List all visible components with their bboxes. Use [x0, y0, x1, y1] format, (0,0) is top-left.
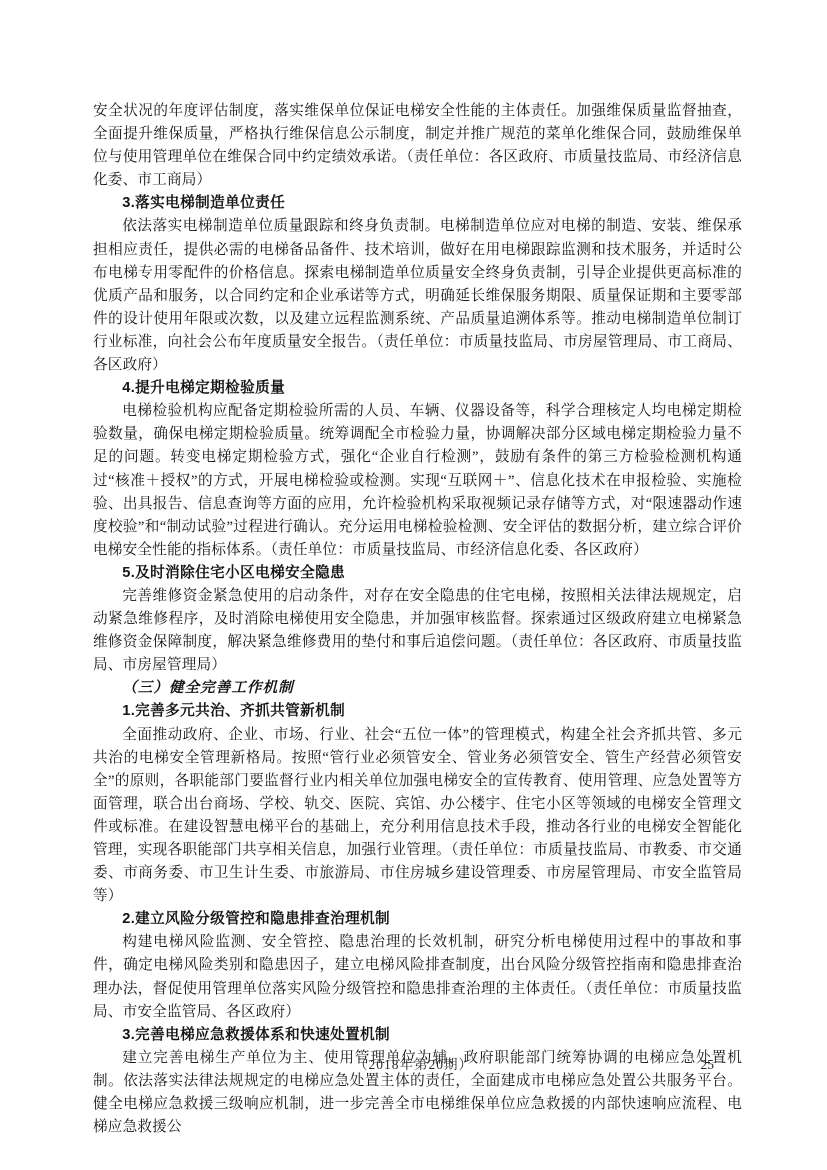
- page-footer: （2018年第20期） 25: [0, 1054, 827, 1076]
- paragraph: 全面推动政府、企业、市场、行业、社会“五位一体”的管理模式，构建全社会齐抓共管、…: [93, 724, 742, 909]
- paragraph: 依法落实电梯制造单位质量跟踪和终身负责制。电梯制造单位应对电梯的制造、安装、维保…: [93, 215, 742, 377]
- subsection-heading-three: （三）健全完善工作机制: [93, 677, 742, 700]
- section-heading-2: 2.建立风险分级管控和隐患排查治理机制: [93, 908, 742, 931]
- paragraph: 构建电梯风险监测、安全管控、隐患治理的长效机制，研究分析电梯使用过程中的事故和事…: [93, 931, 742, 1023]
- section-heading-3: 3.落实电梯制造单位责任: [93, 192, 742, 215]
- section-heading-1: 1.完善多元共治、齐抓共管新机制: [93, 700, 742, 723]
- section-heading-5: 5.及时消除住宅小区电梯安全隐患: [93, 562, 742, 585]
- paragraph: 完善维修资金紧急使用的启动条件，对存在安全隐患的住宅电梯，按照相关法律法规规定，…: [93, 585, 742, 677]
- document-body: 安全状况的年度评估制度，落实维保单位保证电梯安全性能的主体责任。加强维保质量监督…: [93, 100, 742, 1139]
- page-number: 25: [701, 1054, 715, 1076]
- section-heading-4: 4.提升电梯定期检验质量: [93, 377, 742, 400]
- section-heading-3b: 3.完善电梯应急救援体系和快速处置机制: [93, 1024, 742, 1047]
- paragraph: 电梯检验机构应配备定期检验所需的人员、车辆、仪器设备等，科学合理核定人均电梯定期…: [93, 400, 742, 562]
- document-page: 安全状况的年度评估制度，落实维保单位保证电梯安全性能的主体责任。加强维保质量监督…: [0, 0, 827, 1170]
- paragraph-continued: 安全状况的年度评估制度，落实维保单位保证电梯安全性能的主体责任。加强维保质量监督…: [93, 100, 742, 192]
